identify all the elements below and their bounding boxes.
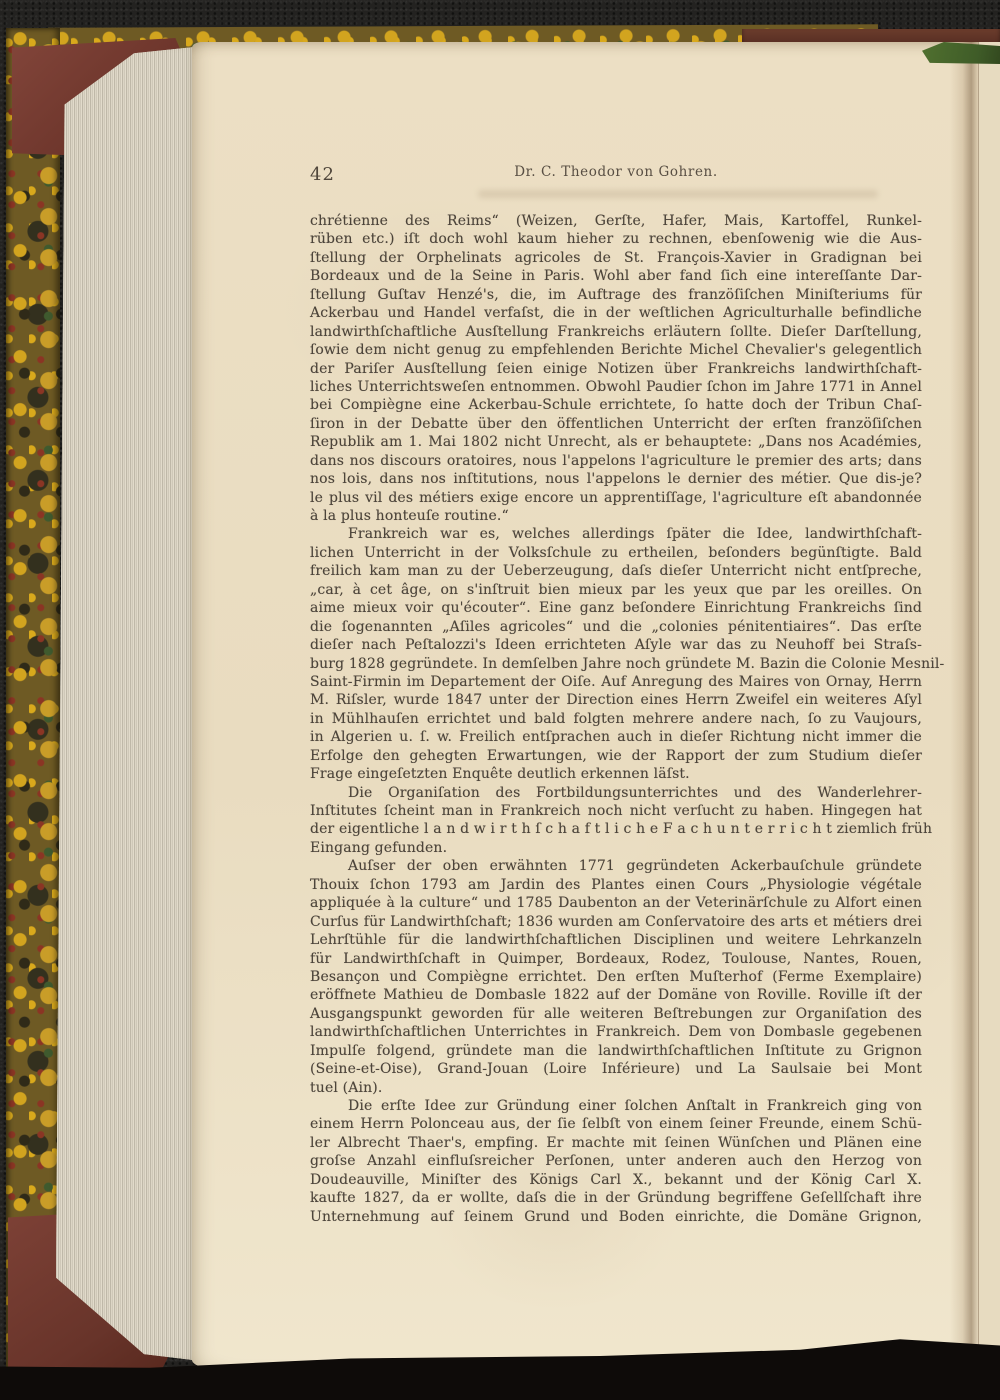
text-line: Auſser der oben erwähnten 1771 gegründet… <box>310 857 922 875</box>
text-line: Frage eingeſetzten Enquête deutlich erke… <box>310 765 922 783</box>
page-edges-stack <box>56 44 198 1362</box>
text-line: (Seine-et-Oise), Grand-Jouan (Loire Infé… <box>310 1060 922 1078</box>
text-line: der eigentliche l a n d w i r t h ſ c h … <box>310 820 922 838</box>
text-line: dieſer nach Peſtalozzi's Ideen errichtet… <box>310 636 922 654</box>
marbled-cover-left-edge <box>6 28 60 1392</box>
text-line: Besançon und Compiègne errichtet. Den er… <box>310 968 922 986</box>
book-page: 42 Dr. C. Theodor von Gohren. chrétienne… <box>192 42 1000 1372</box>
text-line: groſse Anzahl einfluſsreicher Perſonen, … <box>310 1152 922 1170</box>
text-line: Saint-Firmin im Departement der Oiſe. Au… <box>310 673 922 691</box>
page-header: 42 Dr. C. Theodor von Gohren. <box>310 164 922 190</box>
text-line: tuel (Ain). <box>310 1079 922 1097</box>
text-line: die ſogenannten „Aſiles agricoles“ und d… <box>310 618 922 636</box>
facing-page-strip <box>978 42 1000 1372</box>
text-line: einem Herrn Polonceau aus, der ſie ſelbſ… <box>310 1115 922 1133</box>
text-line: Unternehmung auf ſeinem Grund und Boden … <box>310 1208 922 1226</box>
text-line: ſiron in der Debatte über den öffentlich… <box>310 415 922 433</box>
text-line: landwirthſchaftliche Ausſtellung Frankre… <box>310 323 922 341</box>
running-header: Dr. C. Theodor von Gohren. <box>310 164 922 180</box>
text-line: Thouix ſchon 1793 am Jardin des Plantes … <box>310 876 922 894</box>
text-line: aime mieux voir qu'écouter“. Eine ganz b… <box>310 599 922 617</box>
text-line: ſowie dem nicht genug zu empfehlenden Be… <box>310 341 922 359</box>
text-line: in Mühlhauſen errichtet und bald folgten… <box>310 710 922 728</box>
text-line: ſtellung Guſtav Henzé's, die, im Auftrag… <box>310 286 922 304</box>
text-line: Frankreich war es, welches allerdings ſp… <box>310 525 922 543</box>
text-line: in Algerien u. ſ. w. Freilich entſprache… <box>310 728 922 746</box>
text-line: ler Albrecht Thaer's, empfing. Er machte… <box>310 1134 922 1152</box>
text-line: rüben etc.) iſt doch wohl kaum hieher zu… <box>310 230 922 248</box>
text-line: Doudeauville, Miniſter des Königs Carl X… <box>310 1171 922 1189</box>
text-line: ſtellung der Orphelinats agricoles de St… <box>310 249 922 267</box>
text-line: landwirthſchaftlichen Unterrichtes in Fr… <box>310 1023 922 1041</box>
text-line: dans nos discours oratoires, nous l'appe… <box>310 452 922 470</box>
text-line: Die erſte Idee zur Gründung einer ſolche… <box>310 1097 922 1115</box>
text-line: Republik am 1. Mai 1802 nicht Unrecht, a… <box>310 433 922 451</box>
printed-text-block: 42 Dr. C. Theodor von Gohren. chrétienne… <box>310 164 922 1226</box>
text-line: „car, à cet âge, on s'inſtruit bien mieu… <box>310 581 922 599</box>
text-line: appliquée à la culture“ und 1785 Daubent… <box>310 894 922 912</box>
text-line: le plus vil des métiers exige encore un … <box>310 489 922 507</box>
text-line: M. Riſsler, wurde 1847 unter der Directi… <box>310 691 922 709</box>
text-line: liches Unterrichtsweſen entnommen. Obwoh… <box>310 378 922 396</box>
text-line: Curſus für Landwirthſchaft; 1836 wurden … <box>310 913 922 931</box>
scanned-book-page: 42 Dr. C. Theodor von Gohren. chrétienne… <box>0 0 1000 1400</box>
text-line: Erfolge den gehegten Erwartungen, wie de… <box>310 747 922 765</box>
text-line: Eingang gefunden. <box>310 839 922 857</box>
text-line: à la plus honteuſe routine.“ <box>310 507 922 525</box>
text-line: Impulſe folgend, gründete man die landwi… <box>310 1042 922 1060</box>
text-line: eröffnete Mathieu de Dombasle 1822 auf d… <box>310 986 922 1004</box>
text-line: nos lois, dans nos inſtitutions, nous l'… <box>310 470 922 488</box>
ink-showthrough-artifact <box>478 190 878 198</box>
text-line: für Landwirthſchaft in Quimper, Bordeaux… <box>310 950 922 968</box>
text-line: freilich kam man zu der Ueberzeugung, da… <box>310 562 922 580</box>
gutter-shadow <box>950 42 978 1372</box>
text-line: bei Compiègne eine Ackerbau-Schule erric… <box>310 396 922 414</box>
text-line: Bordeaux und de la Seine in Paris. Wohl … <box>310 267 922 285</box>
text-line: Die Organiſation des Fortbildungsunterri… <box>310 784 922 802</box>
text-line: Ausgangspunkt geworden für alle weiteren… <box>310 1005 922 1023</box>
text-line: chrétienne des Reims“ (Weizen, Gerſte, H… <box>310 212 922 230</box>
text-line: Inſtitutes ſcheint man in Frankreich noc… <box>310 802 922 820</box>
text-line: der Pariſer Ausſtellung ſeien einige Not… <box>310 360 922 378</box>
text-line: Ackerbau und Handel verfaſst, die in der… <box>310 304 922 322</box>
text-line: burg 1828 gegründete. In demſelben Jahre… <box>310 655 922 673</box>
text-line: lichen Unterricht in der Volksſchule zu … <box>310 544 922 562</box>
text-line: Lehrſtühle für die landwirthſchaftlichen… <box>310 931 922 949</box>
text-line: kaufte 1827, da er wollte, daſs die in d… <box>310 1189 922 1207</box>
body-text: chrétienne des Reims“ (Weizen, Gerſte, H… <box>310 212 922 1226</box>
